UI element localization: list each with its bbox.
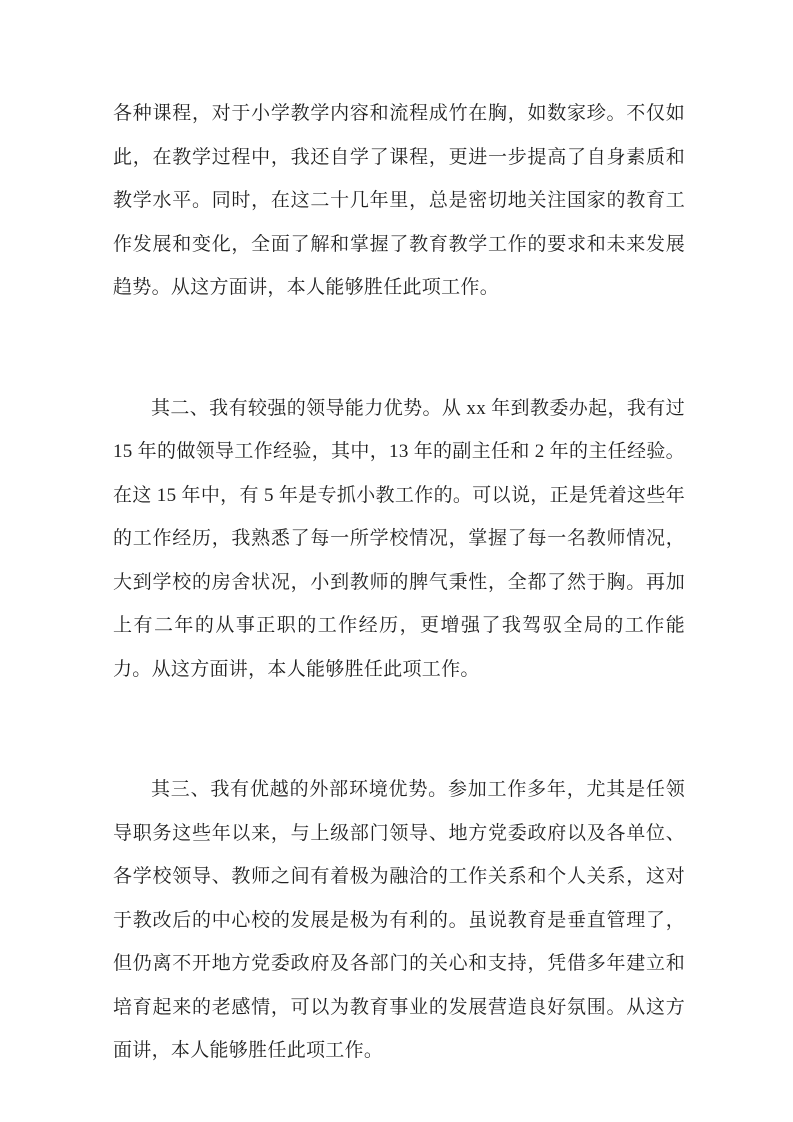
document-page: 各种课程，对于小学教学内容和流程成竹在胸，如数家珍。不仅如此，在教学过程中，我还… xyxy=(0,0,793,1122)
paragraph-third-advantage: 其三、我有优越的外部环境优势。参加工作多年，尤其是任领导职务这些年以来，与上级部… xyxy=(113,768,685,1073)
document-text-block: 各种课程，对于小学教学内容和流程成竹在胸，如数家珍。不仅如此，在教学过程中，我还… xyxy=(113,92,685,1073)
paragraph-continuation: 各种课程，对于小学教学内容和流程成竹在胸，如数家珍。不仅如此，在教学过程中，我还… xyxy=(113,92,685,310)
paragraph-second-advantage: 其二、我有较强的领导能力优势。从 xx 年到教委办起，我有过 15 年的做领导工… xyxy=(113,387,685,692)
